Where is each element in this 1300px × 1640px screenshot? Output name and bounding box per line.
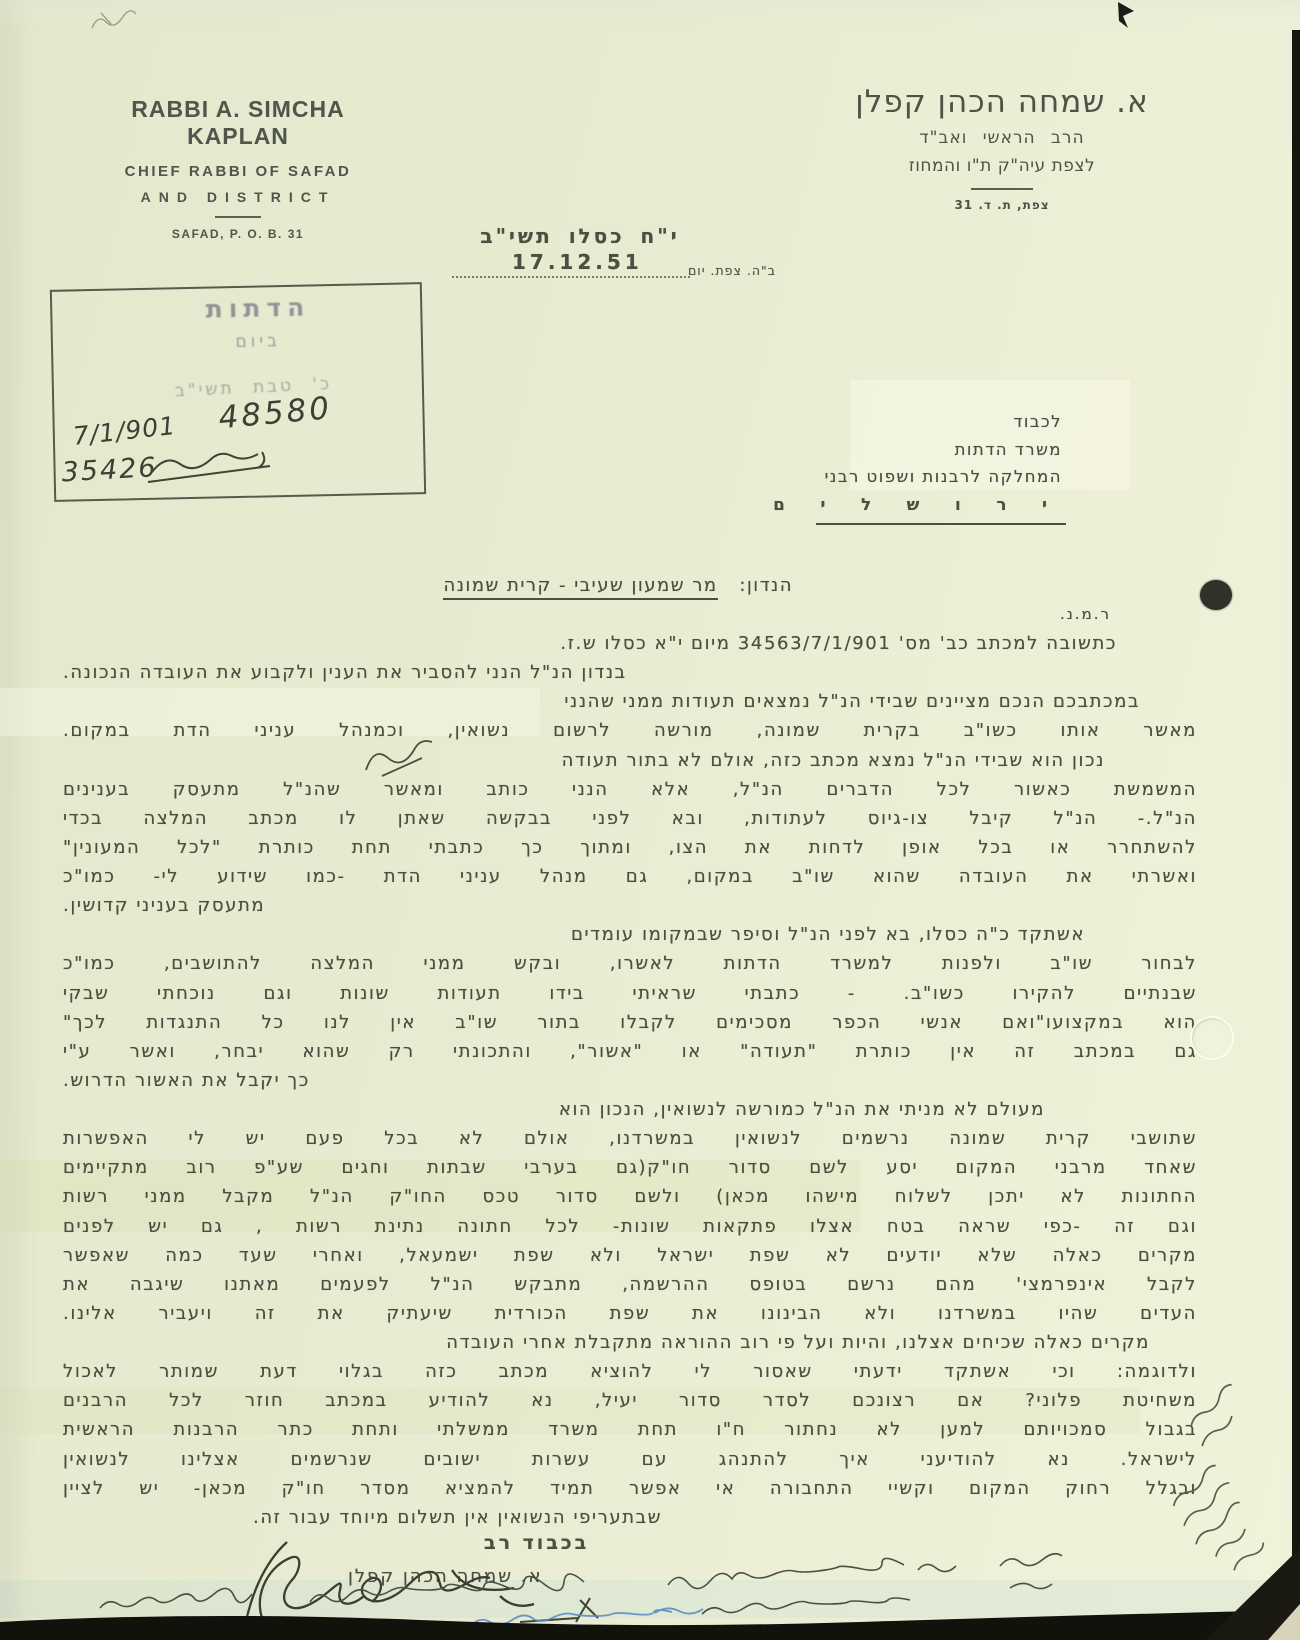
closing-typed-name: א. שמחה הכהן קפלן: [348, 1566, 543, 1587]
scan-edge-strip: [1292, 30, 1300, 1640]
letterhead-divider: [215, 216, 261, 218]
handwritten-note-row: [100, 1554, 1062, 1614]
letterhead-he-title2: לצפת עיה"ק ת"ו והמחוז: [848, 156, 1156, 176]
page-corner-fold: [1206, 1548, 1300, 1640]
body-line: לישראל. נא להודיעני איך להתנהג עם עשרות …: [63, 1445, 1197, 1474]
body-line: מאשר אותו כשו"ב בקרית שמונה, מורשה לרשום…: [63, 716, 1197, 745]
body-line: וגם זה -כפי שראה בטח אצלו פתקאות שונות- …: [63, 1212, 1197, 1241]
body-line: ואשרתי את העובדה שהוא שו"ב במקום, גם מנה…: [63, 862, 1197, 891]
body-line: ולדוגמה: וכי אשתקד ידעתי שאסור לי להוציא…: [63, 1357, 1197, 1386]
body-line: גם במכתב זה אין כותרת "תעודה" או "אשור",…: [63, 1037, 1197, 1066]
body-line: מקרים כאלה שכיחים אצלנו, והיות ועל פי רו…: [63, 1328, 1197, 1357]
body-line: שתושבי קרית שמונה נרשמים לנשואין במשרדנו…: [63, 1124, 1197, 1153]
scan-bottom-edge: [0, 1610, 1300, 1640]
handwritten-note-blue: [470, 1608, 703, 1626]
body-line: שבתעריפי הנשואין אין תשלום מיוחד עבור זה…: [63, 1503, 1197, 1532]
handwritten-number-2: 35426: [61, 452, 158, 488]
recipient-city: י ר ו ש ל י ם: [812, 491, 1062, 519]
recipient-line: לכבוד: [812, 408, 1062, 436]
body-line: שאחד מרבני המקום יסע לשם סדור חו"ק(גם בע…: [63, 1153, 1197, 1182]
subject-label: הנדון:: [739, 575, 793, 596]
body-line: שבנתיים להקירו כשו"ב. - כתבתי שראיתי ביד…: [63, 979, 1197, 1008]
body-line: מקרים כאלה שלא יודעים לא שפת ישראל ולא ש…: [63, 1241, 1197, 1270]
hebrew-date: י"ח כסלו תשי"ב: [455, 224, 705, 248]
body-line: כך יקבל את האשור הדרוש.: [63, 1066, 1197, 1095]
pencil-scribble: [92, 11, 136, 28]
body-line: בנדון הנ"ל הנני להסביר את הענין ולקבוע א…: [63, 658, 1197, 687]
corner-ink-mark: [1118, 2, 1134, 28]
body-line: בגבול סמכויותם למען לא נחתור ח"ו תחת משר…: [63, 1415, 1197, 1444]
recipient-line: משרד הדתות: [812, 436, 1062, 464]
salutation: ר.מ.נ.: [1060, 605, 1140, 623]
subject-text: מר שמעון שעיבי - קרית שמונה: [443, 575, 717, 600]
scanned-letter-page: RABBI A. SIMCHA KAPLAN CHIEF RABBI OF SA…: [0, 0, 1300, 1640]
city-underline: [816, 523, 1066, 525]
letterhead-he-address: צפת, ת. ד. 31: [848, 198, 1156, 212]
letterhead-english: RABBI A. SIMCHA KAPLAN CHIEF RABBI OF SA…: [92, 96, 384, 241]
received-stamp-box: הדתות ביום כ' טבת תשי"ב 7/1/901 48580 35…: [50, 282, 426, 502]
body-line: במכתבכם הנכם מציינים שבידי הנ"ל נמצאים ת…: [63, 687, 1197, 716]
recipient-block: לכבוד משרד הדתות המחלקה לרבנות ושפוט רבנ…: [812, 408, 1062, 518]
hole-punch-ring: [1190, 1016, 1234, 1060]
letterhead-en-title1: CHIEF RABBI OF SAFAD: [92, 163, 384, 180]
body-line: הנ"ל.- הנ"ל קיבל צו-גיוס לעתודות, ובא לפ…: [63, 804, 1197, 833]
body-line: לקבל אינפרמצי' מהם נרשם בטופס ההרשמה, מת…: [63, 1270, 1197, 1299]
hole-punch-dark: [1200, 580, 1232, 610]
body-line: העדים שהיו במשרדנו ולא הבינונו את שפת הכ…: [63, 1299, 1197, 1328]
signature-handwriting: [243, 1542, 534, 1638]
date-prefix: ב"ה. צפת. יום: [688, 263, 776, 278]
date-value: 17.12.51: [512, 250, 643, 274]
letterhead-en-address: SAFAD, P. O. B. 31: [92, 227, 384, 241]
body-line: הוא במקצועו"ואם אנשי הכפר מסכימים לקבלו …: [63, 1008, 1197, 1037]
body-line: מתעסק בעניני קדושין.: [63, 891, 1197, 920]
body-line: המשמשת כאשור לכל הדברים הנ"ל, אלא הנני כ…: [63, 775, 1197, 804]
letterhead-hebrew: א. שמחה הכהן קפלן הרב הראשי ואב"ד לצפת ע…: [848, 84, 1156, 212]
body-line: לבחור שו"ב ולפנות למשרד הדתות לאשרו, ובק…: [63, 949, 1197, 978]
letterhead-en-name: RABBI A. SIMCHA KAPLAN: [92, 96, 384, 150]
stamp-text-line1: הדתות: [205, 292, 310, 323]
body-line: מעולם לא מניתי את הנ"ל כמורשה לנשואין, ה…: [63, 1095, 1197, 1124]
recipient-line: המחלקה לרבנות ושפוט רבני: [812, 463, 1062, 491]
body-line: אשתקד כ"ה כסלו, בא לפני הנ"ל וסיפר שבמקו…: [63, 920, 1197, 949]
body-line: ובגלל רחוק המקום וקשיי התחבורה אי אפשר ת…: [63, 1474, 1197, 1503]
letterhead-divider: [971, 188, 1033, 190]
letterhead-he-name: א. שמחה הכהן קפלן: [848, 84, 1156, 120]
body-line: החתונות לא יתכן לשלוח מישהו מכאן) ולשם ס…: [63, 1182, 1197, 1211]
letter-body: כתשובה למכתב כב' מס' 34563/7/1/901 מיום …: [63, 629, 1197, 1532]
scan-band: [0, 1580, 1300, 1618]
body-line: משחיטת פלוני? אם רצונכם לסדר סדור יעיל, …: [63, 1386, 1197, 1415]
handwritten-ref-number: 7/1/901: [72, 411, 178, 451]
body-line: להשתחרר או בכל אופן לדחות את הצו, ומתוך …: [63, 833, 1197, 862]
closing-phrase: בכבוד רב: [484, 1532, 589, 1554]
subject-line: הנדון: מר שמעון שעיבי - קרית שמונה: [248, 575, 793, 596]
signature-flourish: [520, 1598, 598, 1622]
stamp-text-line2: ביום: [235, 331, 281, 352]
body-line: כתשובה למכתב כב' מס' 34563/7/1/901 מיום …: [63, 629, 1197, 658]
letterhead-en-title2: AND DISTRICT: [92, 189, 384, 205]
letterhead-he-title1: הרב הראשי ואב"ד: [848, 128, 1156, 148]
body-line: נכון הוא שבידי הנ"ל נמצא מכתב כזה, אולם …: [63, 746, 1197, 775]
